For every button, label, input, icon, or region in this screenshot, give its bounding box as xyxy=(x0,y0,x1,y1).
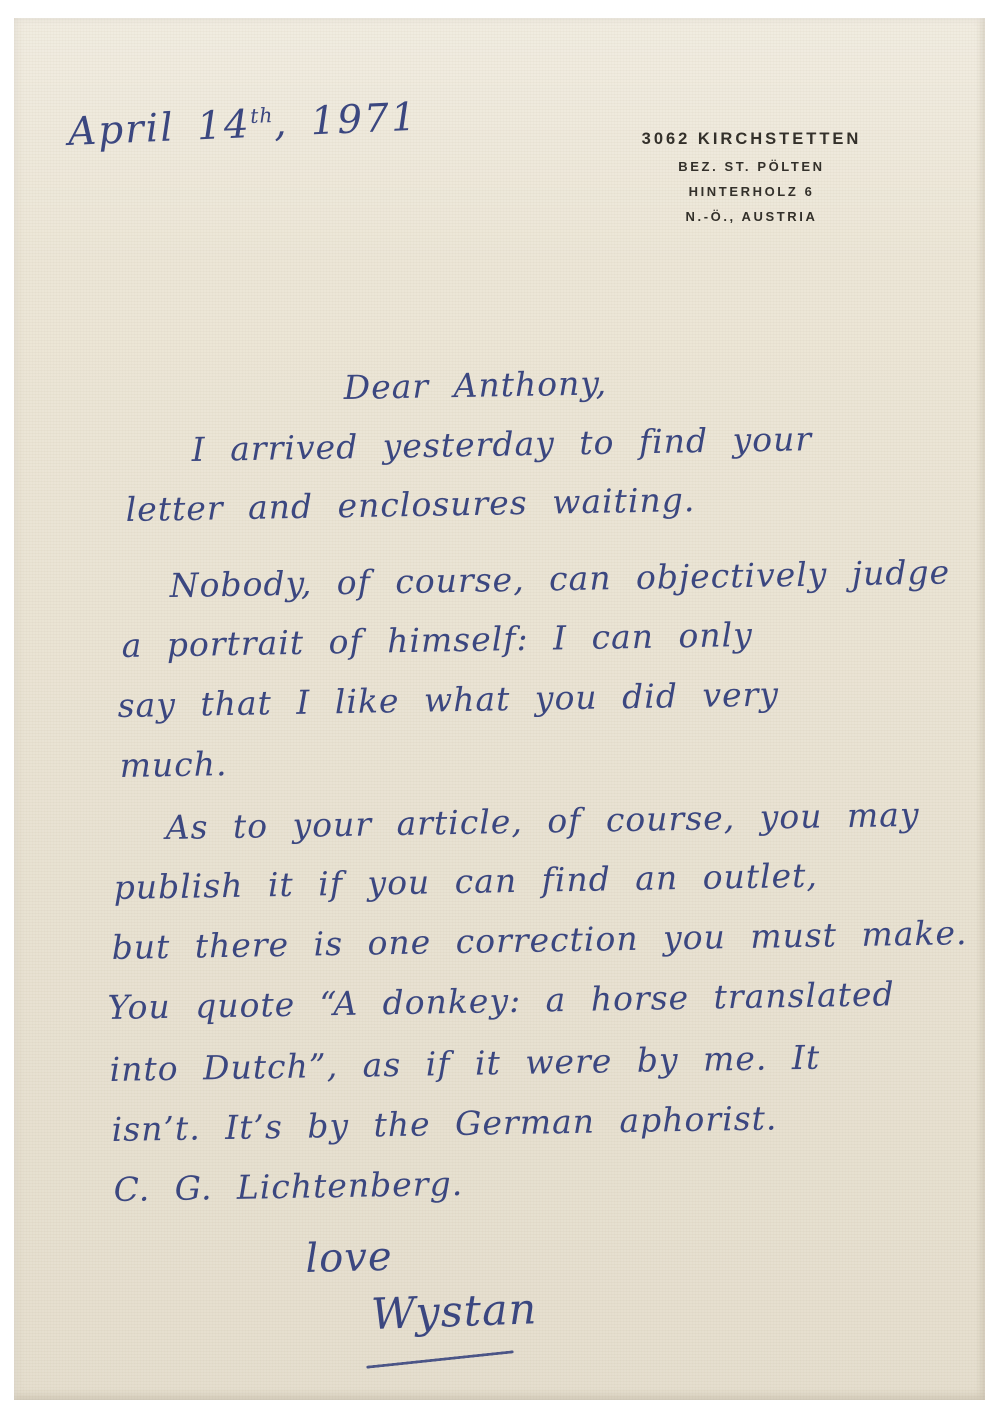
letter-date: April 14th, 1971 xyxy=(67,95,419,155)
letterhead-district-line: BEZ. ST. PÖLTEN xyxy=(634,159,869,174)
handwritten-line: into Dutch”, as if it were by me. It xyxy=(109,1038,820,1089)
handwritten-line: C. G. Lichtenberg. xyxy=(113,1164,463,1209)
closing-valediction: love xyxy=(305,1234,393,1282)
handwritten-line: As to your article, of course, you may xyxy=(165,795,920,847)
handwritten-line: say that I like what you did very xyxy=(117,674,779,725)
date-year: , 1971 xyxy=(273,95,419,146)
handwritten-line: letter and enclosures waiting. xyxy=(125,480,695,529)
handwritten-line: a portrait of himself: I can only xyxy=(121,615,753,665)
letter-paper: April 14th, 1971 3062 KIRCHSTETTEN BEZ. … xyxy=(14,18,985,1400)
letterhead: 3062 KIRCHSTETTEN BEZ. ST. PÖLTEN HINTER… xyxy=(634,130,869,224)
letterhead-address-line: 3062 KIRCHSTETTEN xyxy=(634,130,869,149)
handwritten-line: isn’t. It’s by the German aphorist. xyxy=(111,1098,777,1149)
signature: Wystan xyxy=(370,1284,538,1340)
handwritten-line: much. xyxy=(119,744,227,785)
letterhead-country-line: N.-Ö., AUSTRIA xyxy=(634,209,869,224)
letter-scan: April 14th, 1971 3062 KIRCHSTETTEN BEZ. … xyxy=(0,0,1000,1423)
date-main: April 14 xyxy=(67,102,252,155)
signature-underline-flourish xyxy=(366,1350,514,1368)
handwritten-line: Nobody, of course, can objectively judge xyxy=(169,552,950,605)
handwritten-line: You quote “A donkey: a horse translated xyxy=(107,974,895,1027)
letterhead-street-line: HINTERHOLZ 6 xyxy=(634,184,869,199)
handwritten-line: publish it if you can find an outlet, xyxy=(113,856,818,907)
salutation: Dear Anthony, xyxy=(343,363,607,407)
handwritten-line: but there is one correction you must mak… xyxy=(111,913,967,967)
date-ordinal-superscript: th xyxy=(250,103,274,128)
handwritten-line: I arrived yesterday to find your xyxy=(191,419,812,469)
